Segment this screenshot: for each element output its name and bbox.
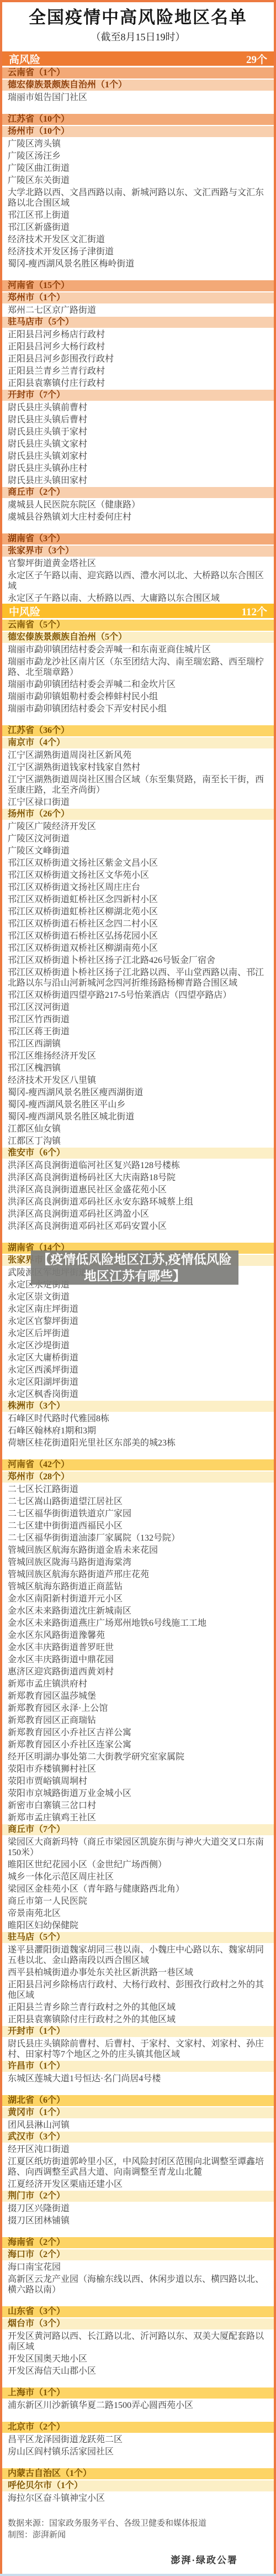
risk-area-item: 尉氏县庄头镇刘家村 (2, 451, 274, 462)
risk-area-item: 荷塘区桂花街道阳光里社区东部美的城23栋 (2, 1438, 274, 1448)
risk-area-item: 广陵区东关街道 (2, 175, 274, 186)
risk-area-item: 二七区福华街街道铁道京广家园 (2, 1509, 274, 1519)
province-bar: 云南省（1个） (2, 67, 274, 78)
province-bar: 上海市（1个） (2, 2387, 274, 2399)
page-title: 全国疫情中高风险地区名单 (6, 8, 270, 28)
risk-area-item: 金水区未来路街道沈庄新城南区 (2, 1606, 274, 1616)
city-bar: 南京市（4个） (2, 737, 274, 748)
risk-area-item: 邗江区双桥街道虹桥社区念四新村小区 (2, 894, 274, 905)
risk-area-item: 正阳县袁寨镇付庄行政村 (2, 378, 274, 389)
risk-area-item: 永定区大庸桥街道 (2, 1353, 274, 1363)
risk-area-item: 瑞丽市姐告国门社区 (2, 92, 274, 103)
risk-area-item: 蜀冈-瘦西湖风景名胜区瘦西湖街道 (2, 1087, 274, 1098)
risk-area-item: 邗江区双桥街道石桥社区弘扬花园小区 (2, 931, 274, 941)
risk-area-item: 金水区丰庆路街道中鼎花园 (2, 1654, 274, 1665)
risk-area-item: 金水区未来路街道燕庄广场郑州地铁6号线施工工地 (2, 1618, 274, 1629)
risk-area-item: 正阳县吕河乡除杨店行政村、大杨行政村、彭围孜行政村之外的其他区域 (2, 1980, 274, 2001)
risk-area-item: 金水区东风路街道豫馨苑 (2, 1630, 274, 1641)
province-bar: 河南省（42个） (2, 1459, 274, 1470)
risk-area-item: 虞城县谷熟镇刘大庄村委何庄村 (2, 512, 274, 522)
city-bar: 海口市（2个） (2, 2249, 274, 2260)
risk-area-item: 梁园区金桂苑小区（青年路与健康路西北角） (2, 1884, 274, 1894)
section-high: 高风险29个云南省（1个）德宏傣族景颇族自治州（1个）瑞丽市姐告国门社区江苏省（… (2, 51, 274, 604)
risk-area-item: 尉氏县庄头镇除前曹村、后曹村、于家村、文家村、刘家村、孙庄村、田家村等7个地区之… (2, 2039, 274, 2060)
province-bar: 江苏省（36个） (2, 725, 274, 736)
risk-area-item: 郑州二七区京广路街道 (2, 305, 274, 316)
section-mid: 中风险112个云南省（5个）德宏傣族景颇族自治州（5个）瑞丽市勐卯镇团结村委会弄… (2, 604, 274, 2504)
risk-area-item: 江宁区湖熟街道钱家村钱家自然村 (2, 762, 274, 773)
city-bar: 黄冈市（1个） (2, 2107, 274, 2118)
risk-area-item: 邗江区双桥街道双桥社区柳湖南苑小区 (2, 943, 274, 954)
data-source-line: 数据来源：国家政务服务平台、各级卫健委和媒体报道 (8, 2518, 268, 2530)
risk-area-item: 正阳县兰青乡兰青行政村 (2, 366, 274, 376)
risk-area-item: 新郑教育园区小乔社区吉祥公寓 (2, 1727, 274, 1738)
credit-line: 制图：澎湃新闻 (8, 2530, 268, 2541)
risk-area-item: 二七区嵩山路街道望江居社区 (2, 1496, 274, 1507)
risk-area-item: 洪泽区高良涧街道邓码社区邓码安置小区 (2, 1221, 274, 1232)
risk-area-item: 瑞丽市勐卯镇团结村委会下弄安村民小组 (2, 704, 274, 714)
province-group: 北京市（2个）昌平区龙泽园街道龙跃苑二区房山区阎村镇乐活家园社区 (2, 2422, 274, 2457)
risk-area-item: 洪泽区高良涧街道邓码社区永安东路环城蔡上组 (2, 1197, 274, 1207)
risk-area-item: 广陵区广陵经济开发区 (2, 821, 274, 832)
risk-area-item: 高新区云龙产业园（海榆东线以西、休闲步道以东、横四路以北、横六路以南） (2, 2274, 274, 2295)
risk-area-item: 尉氏县庄头镇于家村 (2, 427, 274, 437)
risk-area-item: 遂平县灈阳街道魏家胡同三巷以南、小魏庄中心路以东、魏家胡同五巷以北、金山路南段以… (2, 1945, 274, 1966)
risk-area-item: 广陵区湾头镇 (2, 139, 274, 149)
risk-area-item: 二七区建中街街道西福民小区 (2, 1521, 274, 1531)
risk-area-item: 尉氏县庄头镇孙庄村 (2, 463, 274, 474)
risk-area-item: 蜀冈-瘦西湖风景名胜区梅岭街道 (2, 259, 274, 269)
risk-area-item: 经济技术开发区八里镇 (2, 1075, 274, 1086)
risk-area-item: 蜀冈-瘦西湖风景名胜区平山乡 (2, 1099, 274, 1110)
risk-area-item: 瑞丽市勐卯镇团结村委会弄喊一和东南亚商住城片区 (2, 645, 274, 655)
risk-area-item: 瑞丽市勐卯镇团结村委会弄喊二和金坎片区 (2, 679, 274, 690)
section-header: 中风险112个 (2, 604, 274, 618)
province-bar: 湖北省（6个） (2, 2095, 274, 2106)
risk-area-item: 正阳县袁寨镇除付庄行政村之外的其他区域 (2, 2014, 274, 2025)
risk-area-item: 江宁区湖熟街道周岗社区围合区域（东至集贤路，南至长干街，西至康庄路，北至齐尚街） (2, 774, 274, 795)
risk-area-item: 二七区福华街街道油漆厂家属院（132号院） (2, 1533, 274, 1543)
risk-area-item: 邗江区槐泗镇 (2, 1063, 274, 1074)
province-group: 云南省（1个）德宏傣族景颇族自治州（1个）瑞丽市姐告国门社区 (2, 67, 274, 103)
province-bar: 云南省（5个） (2, 620, 274, 631)
risk-area-item: 掇刀区兴隆街道 (2, 2203, 274, 2214)
risk-area-item: 正阳县兰青乡除兰青行政村之外的其他区域 (2, 2002, 274, 2013)
risk-area-item: 石峰区时代路时代雅园8栋 (2, 1413, 274, 1424)
city-bar: 商丘市（7个） (2, 1824, 274, 1835)
section-label: 中风险 (9, 604, 40, 619)
risk-area-item: 城乡一体化示范区周庄社区 (2, 1872, 274, 1882)
province-group: 河南省（42个）郑州市（28个）二七区长江路街道二七区嵩山路街道望江居社区二七区… (2, 1459, 274, 2084)
risk-area-item: 经开区明湖办事处第二大街教学研究室家属院 (2, 1752, 274, 1762)
risk-area-item: 正阳县吕河乡杨店行政村 (2, 329, 274, 340)
risk-area-item: 管城回族区航海东路街道金盾未来花园 (2, 1545, 274, 1556)
risk-area-item: 开发区海信天山郡小区 (2, 2366, 274, 2376)
city-bar: 许昌市（1个） (2, 2061, 274, 2072)
risk-area-item: 新郑教育园区小乔社区连家公寓 (2, 1740, 274, 1750)
risk-area-item: 江夏经济开发区栗庙还建小区 (2, 2179, 274, 2190)
risk-area-item: 邗江区蒋王街道 (2, 1027, 274, 1037)
risk-area-item: 邗江区双桥街道文扬社区文华苑小区 (2, 870, 274, 881)
risk-area-item: 永定区官黎坪街道 (2, 1316, 274, 1327)
risk-area-item: 团风县淋山河镇 (2, 2120, 274, 2130)
risk-area-item: 江宁区禄口街道 (2, 797, 274, 808)
risk-area-item: 永定区枫香岗街道 (2, 1389, 274, 1400)
city-bar: 扬州市（10个） (2, 126, 274, 137)
risk-area-item: 正阳县吕河乡大杨行政村 (2, 342, 274, 352)
risk-area-item: 金水区南阳新村街道开元小区 (2, 1594, 274, 1604)
city-bar: 开封市（1个） (2, 2026, 274, 2037)
risk-area-item: 永定区后坪街道 (2, 1328, 274, 1339)
risk-area-item: 广陵区文峰街道 (2, 846, 274, 856)
risk-area-item: 邗江区竹西街道 (2, 1014, 274, 1025)
risk-area-item: 尉氏县庄头镇前曹村 (2, 402, 274, 413)
risk-area-item: 新密市白寨镇三岔口村 (2, 1800, 274, 1811)
risk-area-item: 帝景南苑北区 (2, 1908, 274, 1919)
risk-area-item: 正阳县吕河乡彭围孜行政村 (2, 354, 274, 364)
risk-area-item: 荥阳市京城路街道万业金城小区 (2, 1788, 274, 1799)
province-group: 上海市（1个）浦东新区川沙新镇华夏二路1500弄心圆西苑小区 (2, 2387, 274, 2411)
risk-area-item: 邗江区新盛街道 (2, 222, 274, 233)
city-bar: 荆门市（2个） (2, 2191, 274, 2202)
risk-area-item: 西平县柏城街道办事处东关社区新洪路一巷区域 (2, 1967, 274, 1978)
province-bar: 江苏省（10个） (2, 114, 274, 125)
province-bar: 湖南省（3个） (2, 533, 274, 544)
risk-area-item: 睢阳区世纪花园小区（金世纪广场西侧） (2, 1860, 274, 1870)
risk-area-item: 邗江区双桥街道虹桥社区柳湖北苑小区 (2, 907, 274, 917)
risk-area-item: 新郑市孟庄镇鸡王社区 (2, 1813, 274, 1823)
risk-area-item: 经济技术开发区文汇街道 (2, 234, 274, 245)
risk-area-item: 新郑教育园区正商瑞钻 (2, 1715, 274, 1726)
bottom-edge-strip (0, 2574, 276, 2576)
risk-area-item: 睢阳区妇幼保健院 (2, 1920, 274, 1931)
risk-area-item: 经济技术开发区扬子津街道 (2, 247, 274, 257)
risk-area-item: 官黎坪街道黄金塔社区 (2, 558, 274, 569)
city-bar: 张家界市（3个） (2, 546, 274, 557)
risk-area-item: 永定区子午路以南、迎宾路以西、澧水河以北、大桥路以东合围区域 (2, 570, 274, 591)
section-header: 高风险29个 (2, 51, 274, 66)
city-bar: 商丘市（2个） (2, 487, 274, 498)
doc-footer: 数据来源：国家政务服务平台、各级卫健委和媒体报道 制图：澎湃新闻 澎湃·绿政公署 (2, 2518, 274, 2574)
province-bar: 河南省（15个） (2, 280, 274, 291)
risk-area-item: 开发区国奥天地小区 (2, 2354, 274, 2364)
risk-area-item: 梁园区大商新玛特（商丘市梁园区凯旋东街与神火大道交叉口东南150米） (2, 1837, 274, 1858)
risk-area-item: 江都区仙女镇 (2, 1124, 274, 1134)
risk-area-item: 永定区沙堤街道 (2, 1341, 274, 1351)
risk-area-item: 尉氏县庄头镇后曹村 (2, 415, 274, 425)
risk-area-item: 惠济区迎宾路街道西黄刘村 (2, 1667, 274, 1677)
province-group: 湖北省（6个）黄冈市（1个）团风县淋山河镇武汉市（3个）经开区沌口街道江夏区纸坊… (2, 2095, 274, 2226)
risk-area-item: 海拉尔区奋斗镇神宝小区 (2, 2493, 274, 2504)
province-bar: 内蒙古自治区（1个） (2, 2468, 274, 2479)
risk-area-item: 开发区黄河路以西、长江路以北、沂河路以东、双美大厦配套路以南区域 (2, 2331, 274, 2352)
risk-area-item: 邗江区双桥街道卜桥社区扬子江北路以西、平山堂西路以南、邗江北路以东与沿山河新城河… (2, 967, 274, 988)
city-bar: 开封市（7个） (2, 390, 274, 401)
city-bar: 呼伦贝尔市（1个） (2, 2480, 274, 2491)
risk-area-item: 房山区阎村镇乐活家园社区 (2, 2447, 274, 2457)
risk-area-item: 管城回族区陇海马路街道海棠湾 (2, 1557, 274, 1568)
risk-area-item: 邗江区双桥街道四望亭路217-5号怡莱酒店（四望亭路店） (2, 990, 274, 1001)
publisher-logo: 澎湃·绿政公署 (8, 2552, 268, 2566)
risk-area-item: 管城回族区航海东路街道芦邢庄花苑 (2, 1569, 274, 1580)
section-count: 112个 (242, 604, 267, 619)
risk-area-item: 广陵区汶河街道 (2, 834, 274, 844)
risk-area-item: 海口南宝花园 (2, 2262, 274, 2273)
risk-area-item: 商丘市第一人民医院 (2, 1896, 274, 1907)
risk-area-item: 大学北路以西、文昌西路以南、新城河路以东、文汇西路与文汇东路以北合围区域 (2, 187, 274, 208)
section-count: 29个 (246, 51, 267, 66)
province-group: 湖南省（14个）张家界市（11个）武陵源区军地坪街道永定区永定街道永定区崇文街道… (2, 1243, 274, 1448)
province-bar: 海南省（2个） (2, 2237, 274, 2248)
risk-area-item: 永定区子午路以南、大桥路以西、大庸路以东合围区域 (2, 593, 274, 604)
risk-area-item: 江都区丁沟镇 (2, 1136, 274, 1146)
province-group: 湖南省（3个）张家界市（3个）官黎坪街道黄金塔社区永定区子午路以南、迎宾路以西、… (2, 533, 274, 604)
city-bar: 驻马店（5个） (2, 1932, 274, 1943)
risk-area-item: 新郑教育园区永泽·上公馆 (2, 1703, 274, 1714)
risk-area-item: 金水区丰庆路街道普罗旺世 (2, 1642, 274, 1653)
risk-area-item: 邗江区双桥街道卜桥社区扬子江北路426号钣金厂宿舍 (2, 955, 274, 966)
risk-area-item: 荥阳市乔楼镇狮村社区 (2, 1764, 274, 1774)
province-group: 江苏省（10个）扬州市（10个）广陵区湾头镇广陵区汤汪乡广陵区曲江街道广陵区东关… (2, 114, 274, 269)
risk-area-item: 管城区航海东路街道正商蓝钻 (2, 1582, 274, 1592)
risk-area-item: 邗江区双桥街道文扬社区周庄庄台 (2, 882, 274, 893)
risk-area-item: 广陵区汤汪乡 (2, 151, 274, 161)
city-bar: 株洲市（3个） (2, 1401, 274, 1412)
doc-header: 全国疫情中高风险地区名单 （截至8月15日19时） (2, 2, 274, 51)
risk-area-item: 洪泽区高良涧街道邓码社区鸿盈小区 (2, 1209, 274, 1219)
risk-area-item: 虞城县人民医院东院区（健康路） (2, 500, 274, 510)
province-bar: 北京市（2个） (2, 2422, 274, 2433)
risk-area-item: 尉氏县庄头镇田家村 (2, 475, 274, 486)
city-bar: 驻马店市（5个） (2, 317, 274, 328)
city-bar: 扬州市（26个） (2, 809, 274, 820)
risk-area-item: 广陵区曲江街道 (2, 163, 274, 174)
risk-area-item: 邗江区双桥街道文扬社区紫金文昌小区 (2, 858, 274, 868)
risk-area-item: 荥阳市贾峪镇周垌村 (2, 1776, 274, 1787)
risk-area-item: 邗江区维扬经济开发区 (2, 1051, 274, 1061)
risk-area-item: 洪泽区高良涧街道杨码社区大庆南路18号院 (2, 1172, 274, 1183)
risk-area-item: 瑞丽市勐龙沙社区南片区（东至团结大沟、南至瑞宏路、西至瑞柠路、北至瑞章路） (2, 657, 274, 678)
risk-area-item: 二七区长江路街道 (2, 1484, 274, 1495)
risk-area-item: 永定区西溪坪街道 (2, 1365, 274, 1375)
city-bar: 郑州市（28个） (2, 1472, 274, 1483)
risk-area-item: 东城区莲城大道1号恒达·名门尚居4号楼 (2, 2074, 274, 2084)
risk-area-item: 江夏区纸坊街道郭岭里小区，中风险封闭区范围向北调整至谭鑫培路、向西调整至武昌大道… (2, 2156, 274, 2177)
watermark-overlay: 【疫情低风险地区江苏,疫情低风险地区江苏有哪些】 (31, 1250, 238, 1285)
province-group: 海南省（2个）海口市（2个）海口南宝花园高新区云龙产业园（海榆东线以西、休闲步道… (2, 2237, 274, 2295)
province-bar: 山东省（3个） (2, 2306, 274, 2317)
risk-area-item: 新郑市孟庄镇洪府村 (2, 1679, 274, 1689)
province-group: 山东省（3个）烟台市（3个）开发区黄河路以西、长江路以北、沂河路以东、双美大厦配… (2, 2306, 274, 2376)
risk-area-item: 永定区崇文街道 (2, 1292, 274, 1302)
sections: 高风险29个云南省（1个）德宏傣族景颇族自治州（1个）瑞丽市姐告国门社区江苏省（… (2, 51, 274, 2504)
city-bar: 武汉市（3个） (2, 2132, 274, 2143)
risk-area-item: 尉氏县庄头镇文家村 (2, 439, 274, 449)
city-bar: 淮安市（6个） (2, 1148, 274, 1159)
risk-area-item: 瑞丽市勐卯镇姐勒村委会棒蚌村民小组 (2, 692, 274, 702)
risk-area-item: 永定区南庄坪街道 (2, 1304, 274, 1315)
city-bar: 德宏傣族景颇族自治州（5个） (2, 632, 274, 643)
risk-area-item: 浦东新区川沙新镇华夏二路1500弄心圆西苑小区 (2, 2400, 274, 2411)
city-bar: 烟台市（3个） (2, 2318, 274, 2329)
infographic-page: 全国疫情中高风险地区名单 （截至8月15日19时） 高风险29个云南省（1个）德… (0, 0, 276, 2576)
risk-area-item: 邗江区汊河街道 (2, 1002, 274, 1013)
province-group: 内蒙古自治区（1个）呼伦贝尔市（1个）海拉尔区奋斗镇神宝小区 (2, 2468, 274, 2504)
page-subtitle: （截至8月15日19时） (6, 29, 270, 44)
risk-area-item: 石峰区翰林府1期和3期 (2, 1426, 274, 1436)
province-group: 江苏省（36个）南京市（4个）江宁区湖熟街道周岗社区新风苑江宁区湖熟街道钱家村钱… (2, 725, 274, 1232)
province-group: 河南省（15个）郑州市（1个）郑州二七区京广路街道驻马店市（5个）正阳县吕河乡杨… (2, 280, 274, 522)
risk-area-item: 掇刀区团林铺镇 (2, 2216, 274, 2226)
risk-area-item: 洪泽区高良涧街道惠民社区金盛花苑小区 (2, 1185, 274, 1195)
risk-area-item: 邗江区双桥街道石桥社区念四二村小区 (2, 919, 274, 929)
risk-area-item: 江宁区湖熟街道周岗社区新风苑 (2, 750, 274, 761)
risk-area-item: 邗江区邗上街道 (2, 210, 274, 221)
risk-area-item: 新郑教育园区温莎城堡 (2, 1691, 274, 1701)
risk-area-item: 洪泽区高良涧街道临河社区复兴路128号楼栋 (2, 1160, 274, 1171)
risk-area-item: 昌平区龙泽园街道龙跃苑二区 (2, 2434, 274, 2445)
risk-area-item: 蜀冈-瘦西湖风景名胜区城北街道 (2, 1112, 274, 1122)
city-bar: 郑州市（1个） (2, 292, 274, 303)
section-label: 高风险 (9, 51, 40, 66)
city-bar: 德宏傣族景颇族自治州（1个） (2, 80, 274, 91)
risk-area-item: 经开区沌口街道 (2, 2144, 274, 2155)
risk-area-item: 永定区阳湖坪街道 (2, 1377, 274, 1388)
risk-area-item: 邗江区西湖镇 (2, 1039, 274, 1049)
province-group: 云南省（5个）德宏傣族景颇族自治州（5个）瑞丽市勐卯镇团结村委会弄喊一和东南亚商… (2, 620, 274, 714)
